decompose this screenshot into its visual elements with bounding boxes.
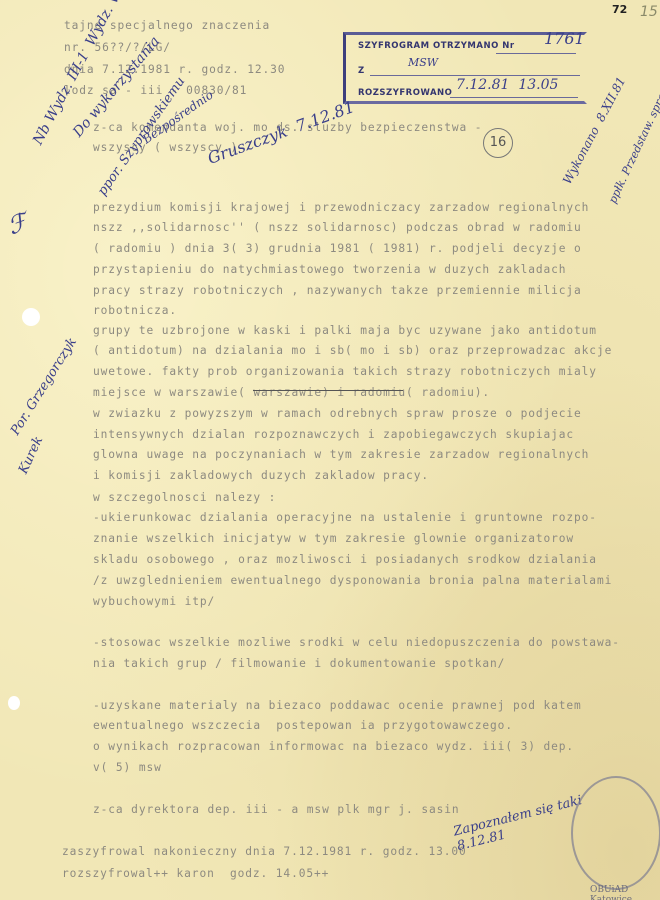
body-line: -stosowac wszelkie mozliwe srodki w celu… <box>93 637 620 648</box>
stamp-received-label: SZYFROGRAM OTRZYMANO Nr <box>358 41 515 51</box>
stamp-decoded-value: 7.12.81 13.05 <box>456 77 558 93</box>
body-line: miejsce w warszawie( warszawie) i radomi… <box>93 387 490 398</box>
page-number-top: 72 <box>612 3 627 16</box>
sender-code: lodz sa - iii - 00830/81 <box>64 85 247 96</box>
handwritten-note: Por. Grzegorczyk <box>8 335 80 438</box>
body-line: v( 5) msw <box>93 762 162 773</box>
body-line: wybuchowymi itp/ <box>93 596 215 607</box>
body-line: uwetowe. fakty prob organizowania takich… <box>93 366 597 377</box>
body-line: -ukierunkowac dzialania operacyjne na us… <box>93 512 597 523</box>
archive-label: OBUiAD Katowice <box>590 885 660 900</box>
body-line: ( radomiu ) dnia 3( 3) grudnia 1981 ( 19… <box>93 243 582 254</box>
body-line: zaszyfrowal nakonieczny dnia 7.12.1981 r… <box>62 846 467 857</box>
body-line: skladu osobowego , oraz mozliwosci i pos… <box>93 554 597 565</box>
body-line: rozszyfrowal++ karon godz. 14.05++ <box>62 868 329 879</box>
body-line: pracy strazy robotniczych , nazywanych t… <box>93 285 582 296</box>
stamp-from-label: Z <box>358 66 365 76</box>
handwritten-signature: ℱ <box>4 208 31 241</box>
date-line: dnia 7.12.1981 r. godz. 12.30 <box>64 64 285 75</box>
body-line: grupy te uzbrojone w kaski i palki maja … <box>93 325 597 336</box>
body-line: w zwiazku z powyzszym w ramach odrebnych… <box>93 408 582 419</box>
stamp-rule <box>450 97 578 98</box>
body-line: z-ca dyrektora dep. iii - a msw plk mgr … <box>93 804 460 815</box>
body-line: ( antidotum) na dzialania mo i sb( mo i … <box>93 345 612 356</box>
punch-hole <box>22 308 40 326</box>
stamp-from-value: MSW <box>408 56 438 69</box>
body-line: robotnicza. <box>93 305 177 316</box>
handwritten-signature: Kurek <box>16 434 46 476</box>
body-line: o wynikach rozpracowan informowac na bie… <box>93 741 574 752</box>
archive-seal <box>571 776 660 890</box>
body-line: przystapieniu do natychmiastowego tworze… <box>93 264 566 275</box>
body-line: w szczegolnosci nalezy : <box>93 492 276 503</box>
body-line: glowna uwage na poczynaniach w tym zakre… <box>93 449 589 460</box>
page-number-corner: 15 <box>640 4 658 20</box>
receipt-stamp: SZYFROGRAM OTRZYMANO Nr 1761 Z MSW ROZSZ… <box>343 32 587 104</box>
body-line: i komisji zakladowych duzych zakladow pr… <box>93 470 429 481</box>
stamp-rule <box>496 53 576 54</box>
stamp-rule <box>370 75 580 76</box>
stamp-decoded-label: ROZSZYFROWANO <box>358 88 452 98</box>
body-line: ewentualnego wszczecia postepowan ia prz… <box>93 720 513 731</box>
circled-number: 16 <box>483 128 513 158</box>
stamp-received-number: 1761 <box>544 29 585 48</box>
body-line: prezydium komisji krajowej i przewodnicz… <box>93 202 589 213</box>
body-line: nia takich grup / filmowanie i dokumento… <box>93 658 505 669</box>
underline-mark <box>253 390 403 391</box>
punch-hole <box>8 696 20 710</box>
body-line: nszz ,,solidarnosc'' ( nszz solidarnosc)… <box>93 222 582 233</box>
body-line: -uzyskane materialy na biezaco poddawac … <box>93 700 582 711</box>
body-line: intensywnych dzialan rozpoznawczych i za… <box>93 429 574 440</box>
body-line: znanie wszelkich inicjatyw w tym zakresi… <box>93 533 574 544</box>
body-line: /z uwzglednieniem ewentualnego dysponowa… <box>93 575 612 586</box>
